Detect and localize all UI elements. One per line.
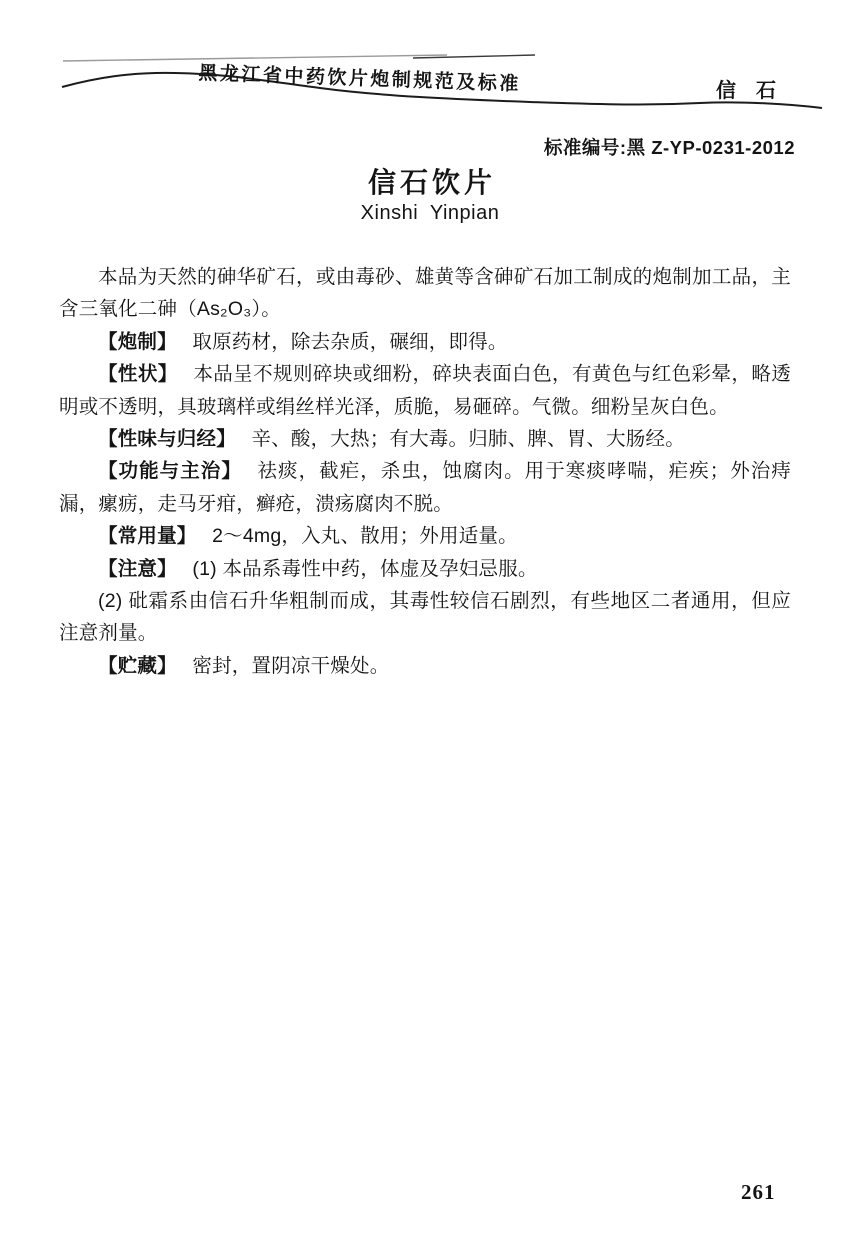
monograph-pinyin: Xinshi Yinpian xyxy=(0,202,850,225)
paragraph-storage: 【贮藏】密封，置阴凉干燥处。 xyxy=(59,650,791,682)
paragraph-text: 本品为天然的砷华矿石，或由毒砂、雄黄等含砷矿石加工制成的炮制加工品，主含三氧化二… xyxy=(59,266,791,320)
monograph-body: 本品为天然的砷华矿石，或由毒砂、雄黄等含砷矿石加工制成的炮制加工品，主含三氧化二… xyxy=(59,261,791,682)
paragraph-text: 密封，置阴凉干燥处。 xyxy=(192,655,389,677)
section-label-changyongliang: 【常用量】 xyxy=(98,525,197,547)
paragraph-functions: 【功能与主治】祛痰，截疟，杀虫，蚀腐肉。用于寒痰哮喘，疟疾；外治痔漏，瘰疬，走马… xyxy=(59,455,791,520)
section-label-paozhi: 【炮制】 xyxy=(98,331,177,353)
paragraph-processing: 【炮制】取原药材，除去杂质，碾细，即得。 xyxy=(59,326,791,358)
monograph-title: 信石饮片 xyxy=(0,161,850,201)
paragraph-text: 辛、酸，大热；有大毒。归肺、脾、胃、大肠经。 xyxy=(252,428,685,450)
paragraph-caution-1: 【注意】(1) 本品系毒性中药，体虚及孕妇忌服。 xyxy=(59,553,791,585)
section-label-xingzhuang: 【性状】 xyxy=(98,363,178,385)
running-header-section-label: 信 石 xyxy=(716,74,776,103)
section-label-gongneng: 【功能与主治】 xyxy=(98,460,242,482)
standard-number: 标准编号:黑 Z-YP-0231-2012 xyxy=(544,134,795,160)
paragraph-text: (1) 本品系毒性中药，体虚及孕妇忌服。 xyxy=(192,558,537,580)
document-page: 黑龙江省中药饮片炮制规范及标准 信 石 标准编号:黑 Z-YP-0231-201… xyxy=(0,0,850,1254)
section-label-xingwei: 【性味与归经】 xyxy=(98,428,236,450)
section-label-zhucang: 【贮藏】 xyxy=(98,655,177,677)
paragraph-taste-meridian: 【性味与归经】辛、酸，大热；有大毒。归肺、脾、胃、大肠经。 xyxy=(59,423,791,455)
paragraph-caution-2: (2) 砒霜系由信石升华粗制而成，其毒性较信石剧烈，有些地区二者通用，但应注意剂… xyxy=(59,585,791,650)
paragraph-intro: 本品为天然的砷华矿石，或由毒砂、雄黄等含砷矿石加工制成的炮制加工品，主含三氧化二… xyxy=(59,261,791,326)
paragraph-properties: 【性状】本品呈不规则碎块或细粉，碎块表面白色，有黄色与红色彩晕，略透明或不透明，… xyxy=(59,358,791,423)
paragraph-text: 取原药材，除去杂质，碾细，即得。 xyxy=(192,331,507,353)
paragraph-dosage: 【常用量】2～4mg，入丸、散用；外用适量。 xyxy=(59,520,791,552)
paragraph-text: (2) 砒霜系由信石升华粗制而成，其毒性较信石剧烈，有些地区二者通用，但应注意剂… xyxy=(59,590,791,644)
section-label-zhuyi: 【注意】 xyxy=(98,558,177,580)
page-number: 261 xyxy=(741,1180,776,1205)
paragraph-text: 2～4mg，入丸、散用；外用适量。 xyxy=(212,525,518,547)
